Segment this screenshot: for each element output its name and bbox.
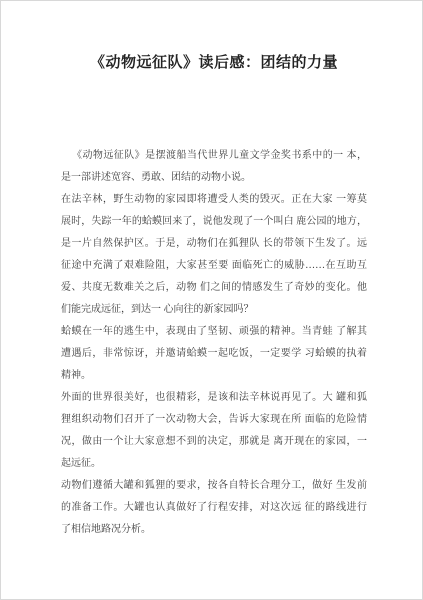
paragraph: 《动物远征队》是摆渡船当代世界儿童文学金奖书系中的一 本， 是一部讲述宽容、勇敢… [61, 145, 367, 189]
text-line: 征途中充满了艰难险阻，大家甚至要 面临死亡的威胁……在互助互 [61, 255, 367, 277]
document-title: 《动物远征队》读后感：团结的力量 [61, 51, 367, 75]
text-line: 起远征。 [61, 453, 367, 475]
text-line: 蛤蟆在一年的逃生中，表现由了坚韧、顽强的精神。当青蛙 了解其 [61, 321, 367, 343]
text-line: 们能完成远征，到达一 心向往的新家园吗？ [61, 299, 367, 321]
text-line: 的准备工作。大罐也认真做好了行程安排，对这次远 征的路线进行 [61, 497, 367, 519]
text-line: 是一部讲述宽容、勇敢、团结的动物小说。 [61, 167, 367, 189]
paragraph: 外面的世界很美好，也很精彩，是该和法辛林说再见了。大 罐和狐 狸组织动物们召开了… [61, 387, 367, 475]
document-page: 《动物远征队》读后感：团结的力量 《动物远征队》是摆渡船当代世界儿童文学金奖书系… [0, 0, 423, 600]
text-line: 动物们遵循大罐和狐狸的要求，按各自特长合理分工，做好 生发前 [61, 475, 367, 497]
text-line: 狸组织动物们召开了一次动物大会，告诉大家现在所 面临的危险情 [61, 409, 367, 431]
text-line: 《动物远征队》是摆渡船当代世界儿童文学金奖书系中的一 本， [61, 145, 367, 167]
paragraph: 动物们遵循大罐和狐狸的要求，按各自特长合理分工，做好 生发前 的准备工作。大罐也… [61, 475, 367, 541]
text-line: 在法辛林，野生动物的家园即将遭受人类的毁灭。正在大家 一筹莫 [61, 189, 367, 211]
text-line: 是一片自然保护区。于是，动物们在狐狸队 长的带领下生发了。远 [61, 233, 367, 255]
text-line: 爱、共度无数难关之后，动物 们之间的情感发生了奇妙的变化。他 [61, 277, 367, 299]
paragraph: 蛤蟆在一年的逃生中，表现由了坚韧、顽强的精神。当青蛙 了解其 遭遇后，非常惊讶，… [61, 321, 367, 387]
text-line: 精神。 [61, 365, 367, 387]
paragraph: 在法辛林，野生动物的家园即将遭受人类的毁灭。正在大家 一筹莫 展时，失踪一年的蛤… [61, 189, 367, 321]
text-line: 了相信地路况分析。 [61, 519, 367, 541]
text-line: 遭遇后，非常惊讶，并邀请蛤蟆一起吃饭，一定要学 习蛤蟆的执着 [61, 343, 367, 365]
text-line: 展时，失踪一年的蛤蟆回来了，说他发现了一个叫白 鹿公园的地方， [61, 211, 367, 233]
text-line: 外面的世界很美好，也很精彩，是该和法辛林说再见了。大 罐和狐 [61, 387, 367, 409]
document-body: 《动物远征队》是摆渡船当代世界儿童文学金奖书系中的一 本， 是一部讲述宽容、勇敢… [61, 145, 367, 541]
text-line: 况，做由一个让大家意想不到的决定，那就是 离开现在的家园，一 [61, 431, 367, 453]
